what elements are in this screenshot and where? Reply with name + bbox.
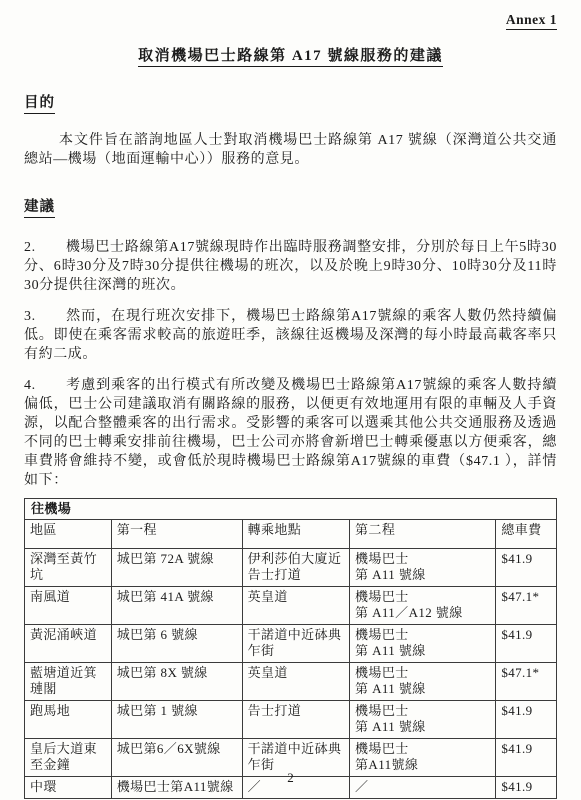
- table-row: 黃泥涌峽道 城巴第 6 號線 干諾道中近砵典 乍街 機場巴士 第 A11 號線 …: [25, 625, 557, 663]
- cell-district: 南風道: [25, 587, 112, 625]
- cell-total-fare: $41.9: [496, 625, 557, 663]
- cell-first-leg: 城巴第 72A 號線: [111, 549, 242, 587]
- cell-district: 跑馬地: [25, 701, 112, 739]
- column-header-district: 地區: [25, 520, 112, 549]
- cell-total-fare: $47.1*: [496, 663, 557, 701]
- cell-second-leg: 機場巴士 第 A11 號線: [350, 701, 496, 739]
- column-header-total-fare: 總車費: [496, 520, 557, 549]
- cell-interchange-point: 伊利莎伯大廈近 告士打道: [242, 549, 349, 587]
- purpose-heading-text: 目的: [24, 95, 55, 114]
- cell-total-fare: $47.1*: [496, 587, 557, 625]
- table-caption-row: 往機場: [25, 499, 557, 520]
- fare-table: 往機場 地區 第一程 轉乘地點 第二程 總車費 深灣至黃竹坑 城巴第 72A 號…: [24, 498, 557, 799]
- table-header-row: 地區 第一程 轉乘地點 第二程 總車費: [25, 520, 557, 549]
- paragraph-3-text: 然而，在現行班次安排下，機場巴士路線第A17號線的乘客人數仍然持續偏低。即使在乘…: [24, 309, 557, 362]
- table-row: 深灣至黃竹坑 城巴第 72A 號線 伊利莎伯大廈近 告士打道 機場巴士 第 A1…: [25, 549, 557, 587]
- paragraph-4: 4.考慮到乘客的出行模式有所改變及機場巴士路線第A17號線的乘客人數持續偏低，巴…: [24, 376, 557, 490]
- cell-second-leg: 機場巴士 第 A11／A12 號線: [350, 587, 496, 625]
- column-header-second-leg: 第二程: [350, 520, 496, 549]
- column-header-first-leg: 第一程: [111, 520, 242, 549]
- cell-interchange-point: 英皇道: [242, 587, 349, 625]
- document-title-text: 取消機場巴士路線第 A17 號線服務的建議: [138, 48, 443, 67]
- table-row: 藍塘道近箕璉閣 城巴第 8X 號線 英皇道 機場巴士 第 A11 號線 $47.…: [25, 663, 557, 701]
- section-heading-proposal: 建議: [24, 195, 557, 216]
- cell-total-fare: $41.9: [496, 701, 557, 739]
- cell-district: 藍塘道近箕璉閣: [25, 663, 112, 701]
- paragraph-4-number: 4.: [24, 378, 36, 393]
- table-caption-to-airport: 往機場: [25, 499, 557, 520]
- cell-second-leg: 機場巴士 第 A11 號線: [350, 625, 496, 663]
- proposal-heading-text: 建議: [24, 199, 55, 218]
- annex-text: Annex 1: [506, 12, 557, 30]
- page-number: 2: [0, 770, 581, 786]
- cell-first-leg: 城巴第 6 號線: [111, 625, 242, 663]
- document-page: Annex 1 取消機場巴士路線第 A17 號線服務的建議 目的 本文件旨在諮詢…: [0, 0, 581, 800]
- paragraph-3-number: 3.: [24, 309, 36, 324]
- paragraph-4-text: 考慮到乘客的出行模式有所改變及機場巴士路線第A17號線的乘客人數持續偏低，巴士公…: [24, 378, 557, 488]
- section-heading-purpose: 目的: [24, 91, 557, 112]
- table-row: 跑馬地 城巴第 1 號線 告士打道 機場巴士 第 A11 號線 $41.9: [25, 701, 557, 739]
- annex-label: Annex 1: [24, 12, 557, 28]
- cell-first-leg: 城巴第 8X 號線: [111, 663, 242, 701]
- paragraph-2-text: 機場巴士路線第A17號線現時作出臨時服務調整安排，分別於每日上午5時30分、6時…: [24, 240, 557, 293]
- cell-first-leg: 城巴第 41A 號線: [111, 587, 242, 625]
- document-title: 取消機場巴士路線第 A17 號線服務的建議: [24, 44, 557, 65]
- cell-interchange-point: 干諾道中近砵典 乍街: [242, 625, 349, 663]
- paragraph-2-number: 2.: [24, 240, 36, 255]
- cell-district: 黃泥涌峽道: [25, 625, 112, 663]
- cell-second-leg: 機場巴士 第 A11 號線: [350, 663, 496, 701]
- table-row: 南風道 城巴第 41A 號線 英皇道 機場巴士 第 A11／A12 號線 $47…: [25, 587, 557, 625]
- paragraph-2: 2.機場巴士路線第A17號線現時作出臨時服務調整安排，分別於每日上午5時30分、…: [24, 238, 557, 295]
- column-header-interchange-point: 轉乘地點: [242, 520, 349, 549]
- cell-first-leg: 城巴第 1 號線: [111, 701, 242, 739]
- cell-interchange-point: 英皇道: [242, 663, 349, 701]
- cell-district: 深灣至黃竹坑: [25, 549, 112, 587]
- purpose-paragraph: 本文件旨在諮詢地區人士對取消機場巴士路線第 A17 號線（深灣道公共交通總站—機…: [24, 131, 557, 169]
- cell-total-fare: $41.9: [496, 549, 557, 587]
- cell-interchange-point: 告士打道: [242, 701, 349, 739]
- paragraph-3: 3.然而，在現行班次安排下，機場巴士路線第A17號線的乘客人數仍然持續偏低。即使…: [24, 307, 557, 364]
- cell-second-leg: 機場巴士 第 A11 號線: [350, 549, 496, 587]
